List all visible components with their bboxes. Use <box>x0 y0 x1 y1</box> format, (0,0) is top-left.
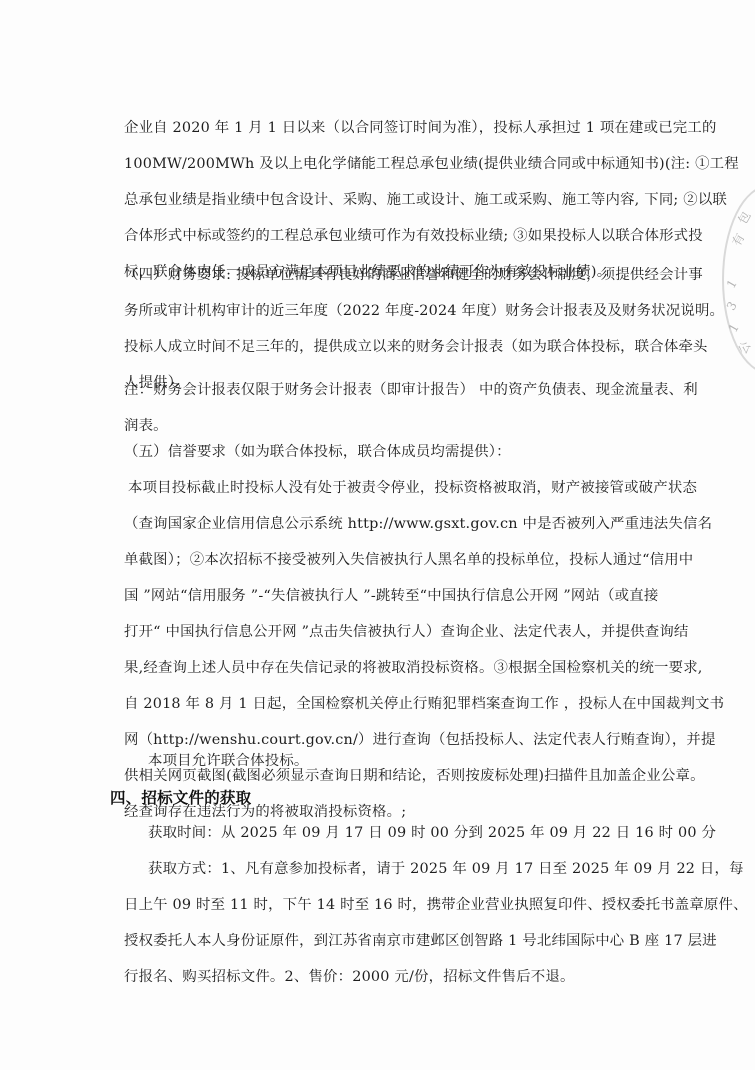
acquisition-time: 获取时间：从 2025 年 09 月 17 日 09 时 00 分到 2025 … <box>148 823 716 843</box>
text-line: 投标人成立时间不足三年的，提供成立以来的财务会计报表（如为联合体投标，联合体牵头 <box>124 337 708 357</box>
text-line: 获取方式：1、凡有意参加投标者，请于 2025 年 09 月 17 日至 202… <box>148 859 744 879</box>
consortium-allowed: 本项目允许联合体投标。 <box>148 751 309 771</box>
text-line: 单截图）；②本次招标不接受被列入失信被执行人黑名单的投标单位，投标人通过“信用中 <box>124 550 693 570</box>
stamp-glyph: 公 <box>734 338 755 357</box>
text-line: 授权委托人本人身份证原件，到江苏省南京市建邺区创智路 1 号北纬国际中心 B 座… <box>124 931 717 951</box>
credit-requirements-title: （五）信誉要求（如为联合体投标，联合体成员均需提供）： <box>124 442 511 462</box>
text-line: 总承包业绩是指业绩中包含设计、采购、施工或设计、施工或采购、施工等内容, 下同;… <box>124 190 727 210</box>
text-line: 润表。 <box>124 416 168 436</box>
text-line: 日上午 09 时至 11 时，下午 14 时至 16 时，携带企业营业执照复印件… <box>124 895 748 915</box>
stamp-glyph: 1 <box>724 277 740 291</box>
stamp-glyph: 有 <box>728 230 749 249</box>
text-line: 行报名、购买招标文件。2、售价：2000 元/份，招标文件售后不退。 <box>124 967 575 987</box>
text-line: 网（http://wenshu.court.gov.cn/）进行查询（包括投标人… <box>124 730 716 750</box>
text-line: 本项目投标截止时投标人没有处于被责令停业，投标资格被取消，财产被接管或破产状态 <box>128 478 697 498</box>
text-line: 务所或审计机构审计的近三年度（2022 年度-2024 年度）财务会计报表及及财… <box>124 301 724 321</box>
stamp-glyph: 包 <box>734 208 755 227</box>
text-line: 自 2018 年 8 月 1 日起，全国检察机关停止行贿犯罪档案查询工作 ，投标… <box>124 694 724 714</box>
text-line: 打开“ 中国执行信息公开网 ”点击失信被执行人）查询企业、法定代表人，并提供查询… <box>124 622 689 642</box>
document-page: 企业自 2020 年 1 月 1 日以来（以合同签订时间为准），投标人承担过 1… <box>0 0 755 1070</box>
text-line: （四）财务要求: 投标单位需具有良好的商业信誉和健全的财务会计制度，须提供经会计… <box>124 265 703 285</box>
text-line: 100MW/200MWh 及以上电化学储能工程总承包业绩(提供业绩合同或中标通知… <box>124 154 739 174</box>
stamp-glyph: 1 <box>726 321 742 335</box>
text-line: 合体形式中标或签约的工程总承包业绩可作为有效投标业绩; ③如果投标人以联合体形式… <box>124 226 703 246</box>
company-seal-stamp: 包 有 1 3 1 公 <box>722 185 755 374</box>
stamp-glyph: 3 <box>724 299 740 313</box>
text-line: （查询国家企业信用信息公示系统 http://www.gsxt.gov.cn 中… <box>124 514 712 534</box>
text-line: 注：财务会计报表仅限于财务会计报表（即审计报告） 中的资产负债表、现金流量表、利 <box>124 380 698 400</box>
section-heading: 四、招标文件的获取 <box>110 788 251 808</box>
text-line: 果,经查询上述人员中存在失信记录的将被取消投标资格。③根据全国检察机关的统一要求… <box>124 658 703 678</box>
text-line: 国 ”网站“信用服务 ”-“失信被执行人 ”-跳转至“中国执行信息公开网 ”网站… <box>124 586 658 606</box>
text-line: 企业自 2020 年 1 月 1 日以来（以合同签订时间为准），投标人承担过 1… <box>124 118 717 138</box>
